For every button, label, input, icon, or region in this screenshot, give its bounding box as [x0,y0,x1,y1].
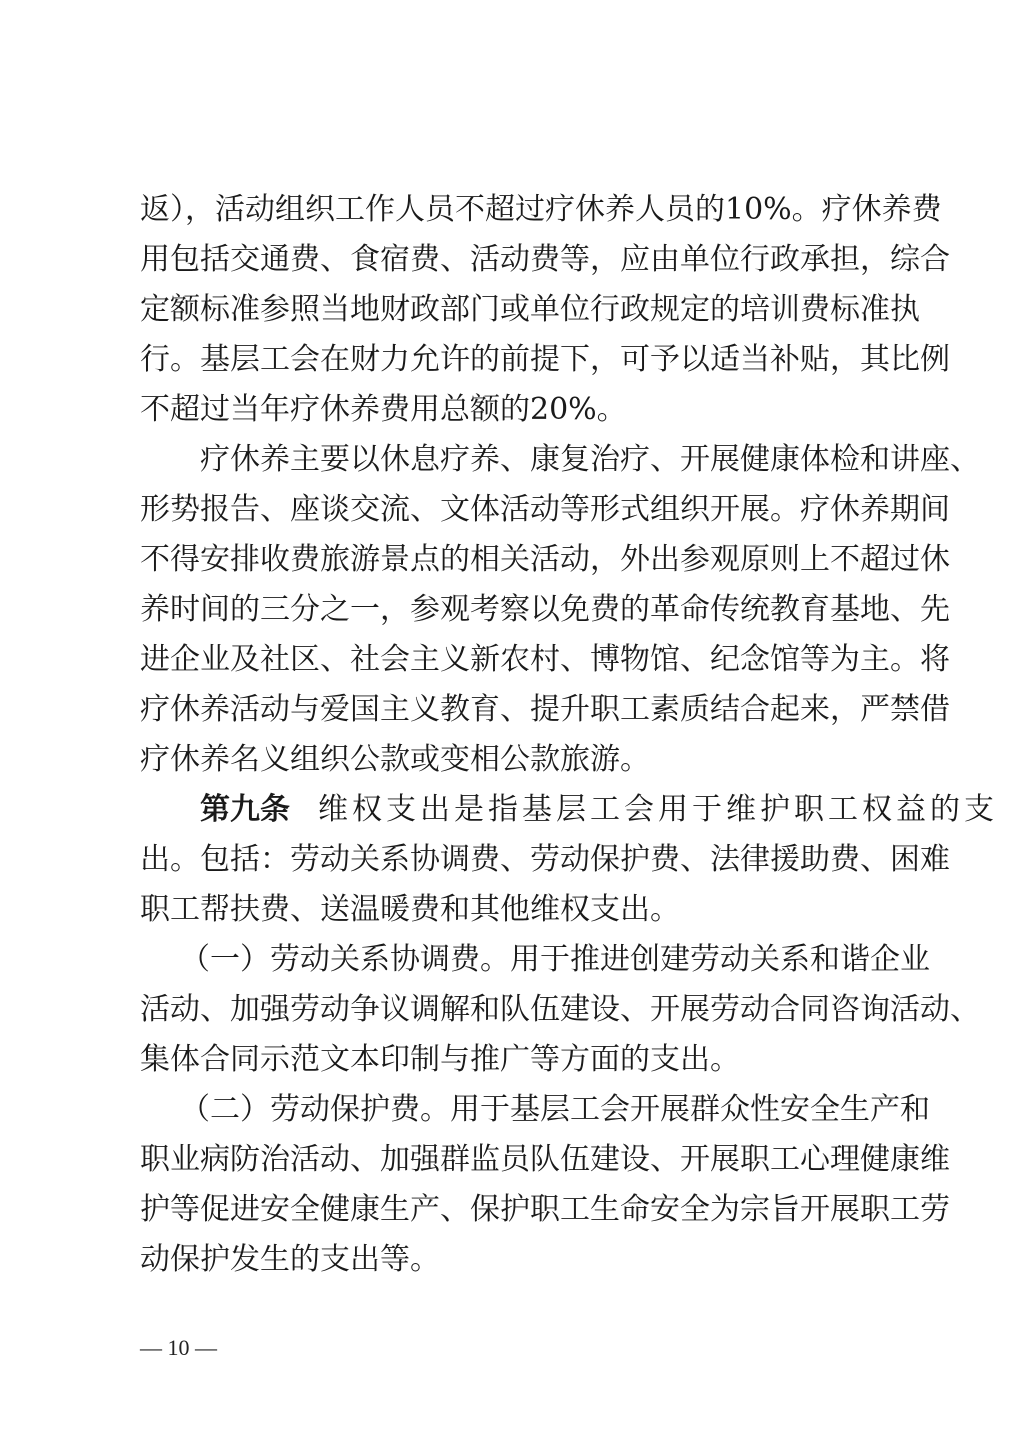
text-line: 定额标准参照当地财政部门或单位行政规定的培训费标准执 [140,290,888,330]
text-line: 第九条维权支出是指基层工会用于维护职工权益的支 [200,790,888,830]
text-line: 用包括交通费、食宿费、活动费等，应由单位行政承担，综合 [140,240,888,280]
text-line: 疗休养活动与爱国主义教育、提升职工素质结合起来，严禁借 [140,690,888,730]
text-line: 进企业及社区、社会主义新农村、博物馆、纪念馆等为主。将 [140,640,888,680]
text-line: 返），活动组织工作人员不超过疗休养人员的10%。疗休养费 [140,190,888,230]
text-line: 疗休养主要以休息疗养、康复治疗、开展健康体检和讲座、 [200,440,888,480]
text-line: 活动、加强劳动争议调解和队伍建设、开展劳动合同咨询活动、 [140,990,888,1030]
text-line: 不超过当年疗休养费用总额的20%。 [140,390,888,430]
text-line: 集体合同示范文本印制与推广等方面的支出。 [140,1040,888,1080]
text-line: 疗休养名义组织公款或变相公款旅游。 [140,740,888,780]
article-label: 第九条 [200,792,290,827]
text-line: 养时间的三分之一，参观考察以免费的革命传统教育基地、先 [140,590,888,630]
text-line: 职工帮扶费、送温暖费和其他维权支出。 [140,890,888,930]
text-line: （一）劳动关系协调费。用于推进创建劳动关系和谐企业 [180,940,888,980]
document-page: 返），活动组织工作人员不超过疗休养人员的10%。疗休养费 用包括交通费、食宿费、… [0,0,1024,1448]
text-line: 出。包括：劳动关系协调费、劳动保护费、法律援助费、困难 [140,840,888,880]
article-text: 维权支出是指基层工会用于维护职工权益的支 [318,792,998,827]
text-line: 职业病防治活动、加强群监员队伍建设、开展职工心理健康维 [140,1140,888,1180]
text-line: 动保护发生的支出等。 [140,1240,888,1280]
text-line: （二）劳动保护费。用于基层工会开展群众性安全生产和 [180,1090,888,1130]
page-number: — 10 — [140,1333,217,1363]
text-line: 行。基层工会在财力允许的前提下，可予以适当补贴，其比例 [140,340,888,380]
text-line: 护等促进安全健康生产、保护职工生命安全为宗旨开展职工劳 [140,1190,888,1230]
text-line: 形势报告、座谈交流、文体活动等形式组织开展。疗休养期间 [140,490,888,530]
text-line: 不得安排收费旅游景点的相关活动，外出参观原则上不超过休 [140,540,888,580]
